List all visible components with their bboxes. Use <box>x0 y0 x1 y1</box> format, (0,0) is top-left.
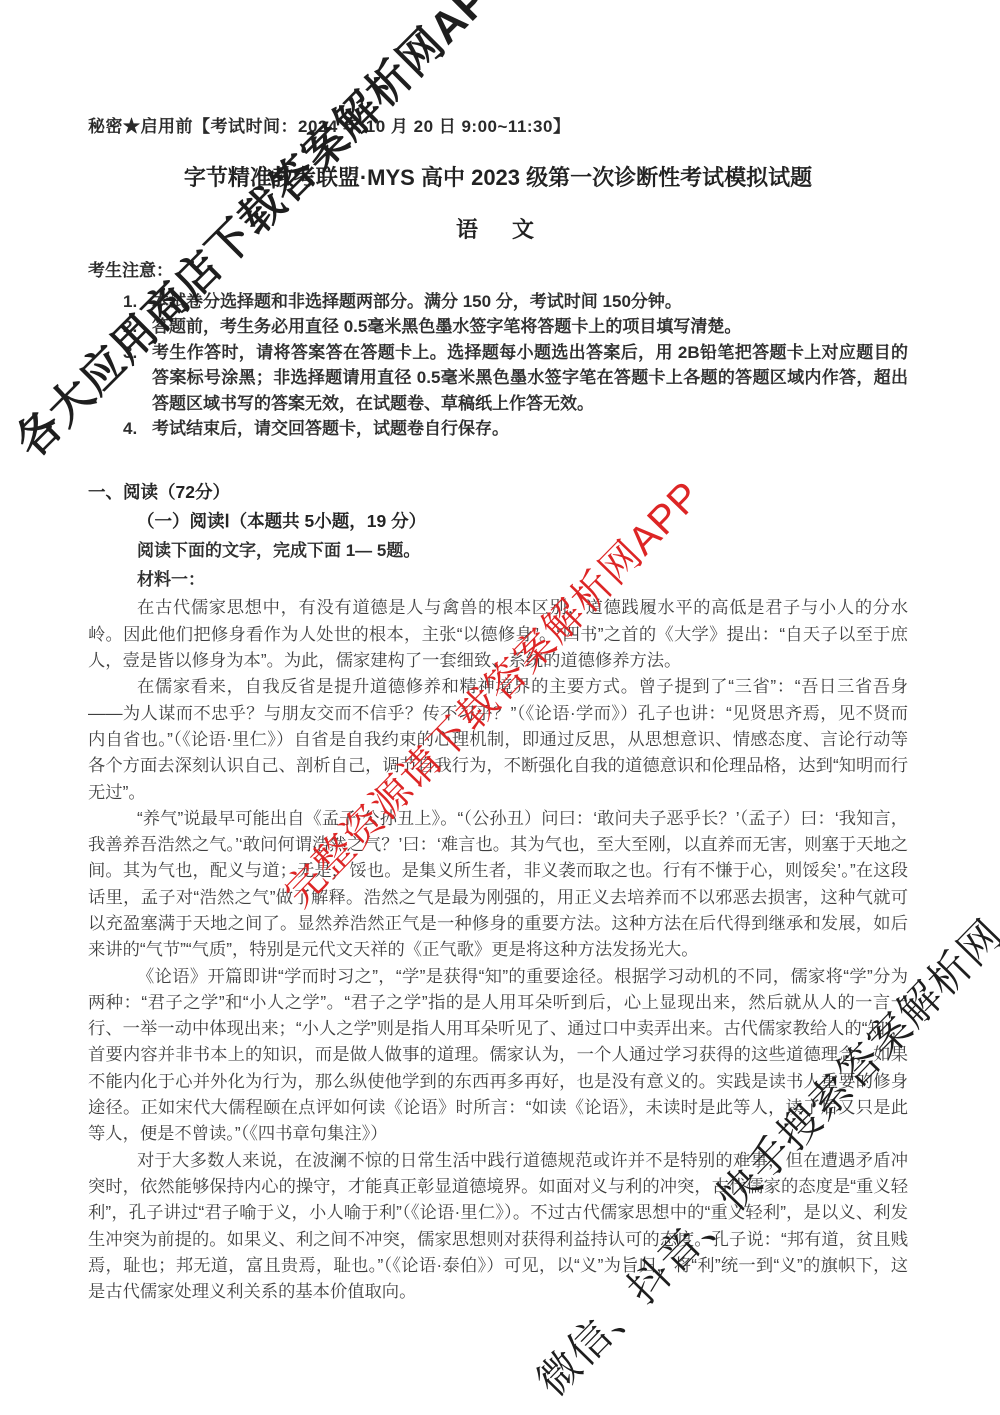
exam-title: 字节精准教考联盟·MYS 高中 2023 级第一次诊断性考试模拟试题 <box>88 162 908 194</box>
exam-paper-page: 秘密★启用前【考试时间：2024 年 10 月 20 日 9:00~11:30】… <box>0 0 1000 1415</box>
notice-item-number: 3. <box>123 340 137 365</box>
notice-item-number: 4. <box>123 416 137 441</box>
secrecy-exam-time-line: 秘密★启用前【考试时间：2024 年 10 月 20 日 9:00~11:30】 <box>88 114 908 140</box>
notice-item: 2. 答题前，考生务必用直径 0.5毫米黑色墨水签字笔将答题卡上的项目填写清楚。 <box>123 314 908 339</box>
notice-item-text: 考生作答时，请将答案答在答题卡上。选择题每小题选出答案后，用 2B铅笔把答题卡上… <box>152 343 908 413</box>
material-one-text: 在古代儒家思想中，有没有道德是人与禽兽的根本区别，道德践履水平的高低是君子与小人… <box>88 594 908 1304</box>
notice-item-text: 答题前，考生务必用直径 0.5毫米黑色墨水签字笔将答题卡上的项目填写清楚。 <box>152 317 741 336</box>
material-paragraph: 对于大多数人来说，在波澜不惊的日常生活中践行道德规范或许并不是特别的难事，但在遭… <box>88 1147 908 1305</box>
material-paragraph: 在儒家看来，自我反省是提升道德修养和精神境界的主要方式。曾子提到了“三省”：“吾… <box>88 673 908 804</box>
notice-item-text: 考试结束后，请交回答题卡，试题卷自行保存。 <box>152 419 509 438</box>
material-one-label: 材料一： <box>137 565 908 594</box>
notice-item: 4. 考试结束后，请交回答题卡，试题卷自行保存。 <box>123 416 908 441</box>
notice-item: 3. 考生作答时，请将答案答在答题卡上。选择题每小题选出答案后，用 2B铅笔把答… <box>123 340 908 416</box>
subsection-heading-reading-1: （一）阅读Ⅰ（本题共 5小题，19 分） <box>137 507 908 536</box>
material-paragraph: 《论语》开篇即讲“学而时习之”，“学”是获得“知”的重要途径。根据学习动机的不同… <box>88 963 908 1147</box>
notice-item-number: 2. <box>123 314 137 339</box>
notice-label: 考生注意： <box>88 258 908 284</box>
notice-item-text: 本试卷分选择题和非选择题两部分。满分 150 分，考试时间 150分钟。 <box>152 292 682 311</box>
section-heading-reading: 一、阅读（72分） <box>88 478 908 507</box>
notice-item: 1. 本试卷分选择题和非选择题两部分。满分 150 分，考试时间 150分钟。 <box>123 289 908 314</box>
material-paragraph: 在古代儒家思想中，有没有道德是人与禽兽的根本区别，道德践履水平的高低是君子与小人… <box>88 594 908 673</box>
reading-instruction: 阅读下面的文字，完成下面 1— 5题。 <box>137 536 908 565</box>
material-paragraph: “养气”说最早可能出自《孟子·公孙丑上》。“（公孙丑）问曰：‘敢问夫子恶乎长？’… <box>88 805 908 963</box>
notice-list: 1. 本试卷分选择题和非选择题两部分。满分 150 分，考试时间 150分钟。 … <box>123 289 908 441</box>
subject-title: 语 文 <box>88 214 908 246</box>
exam-content: 秘密★启用前【考试时间：2024 年 10 月 20 日 9:00~11:30】… <box>88 0 908 1304</box>
notice-item-number: 1. <box>123 289 137 314</box>
